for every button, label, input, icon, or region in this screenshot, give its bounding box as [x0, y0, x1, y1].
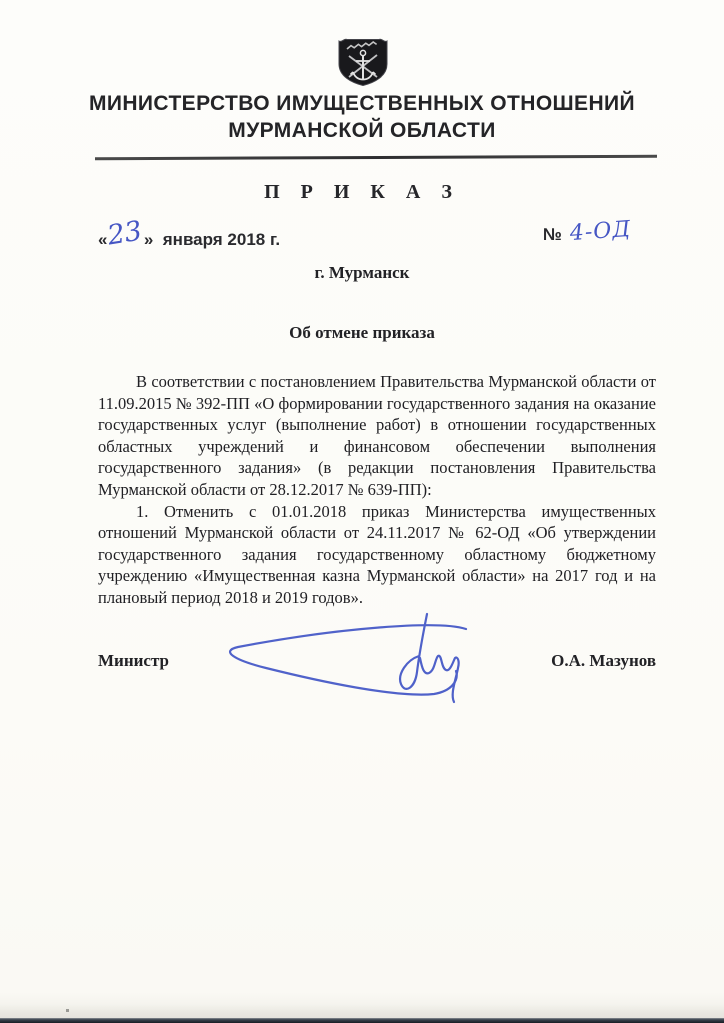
coat-of-arms-icon: [336, 36, 390, 88]
scan-edge-strip: [0, 1018, 724, 1023]
quote-open: «: [98, 230, 107, 249]
number-label: №: [543, 225, 562, 244]
document-type-title: П Р И К А З: [84, 181, 640, 204]
handwritten-day: 23: [106, 216, 145, 252]
ministry-header-line1: МИНИСТЕРСТВО ИМУЩЕСТВЕННЫХ ОТНОШЕНИЙ: [84, 90, 640, 117]
body-paragraph-1: В соответствии с постановлением Правител…: [98, 371, 656, 501]
header-divider-line: [95, 155, 657, 160]
ministry-header: МИНИСТЕРСТВО ИМУЩЕСТВЕННЫХ ОТНОШЕНИЙ МУР…: [84, 90, 640, 144]
handwritten-signature: [208, 598, 493, 710]
signer-name: О.А. Мазунов: [551, 651, 656, 671]
body-paragraph-2: 1. Отменить с 01.01.2018 приказ Министер…: [98, 501, 656, 609]
quote-close: »: [144, 230, 153, 249]
scan-shadow: [0, 1004, 724, 1018]
place-line: г. Мурманск: [84, 263, 640, 283]
date-number-row: «23» января 2018 г. №4-ОД: [98, 214, 656, 248]
subject-line: Об отмене приказа: [84, 323, 640, 343]
scanned-order-document: МИНИСТЕРСТВО ИМУЩЕСТВЕННЫХ ОТНОШЕНИЙ МУР…: [0, 0, 724, 1023]
printed-date: января 2018 г.: [163, 230, 280, 249]
document-body: В соответствии с постановлением Правител…: [98, 371, 656, 609]
handwritten-number: 4-ОД: [569, 217, 632, 246]
number-field: №4-ОД: [543, 221, 631, 246]
signer-title: Министр: [98, 651, 169, 671]
date-field: «23» января 2018 г.: [98, 221, 280, 252]
ministry-header-line2: МУРМАНСКОЙ ОБЛАСТИ: [84, 117, 640, 144]
scan-speck: [66, 1009, 69, 1012]
